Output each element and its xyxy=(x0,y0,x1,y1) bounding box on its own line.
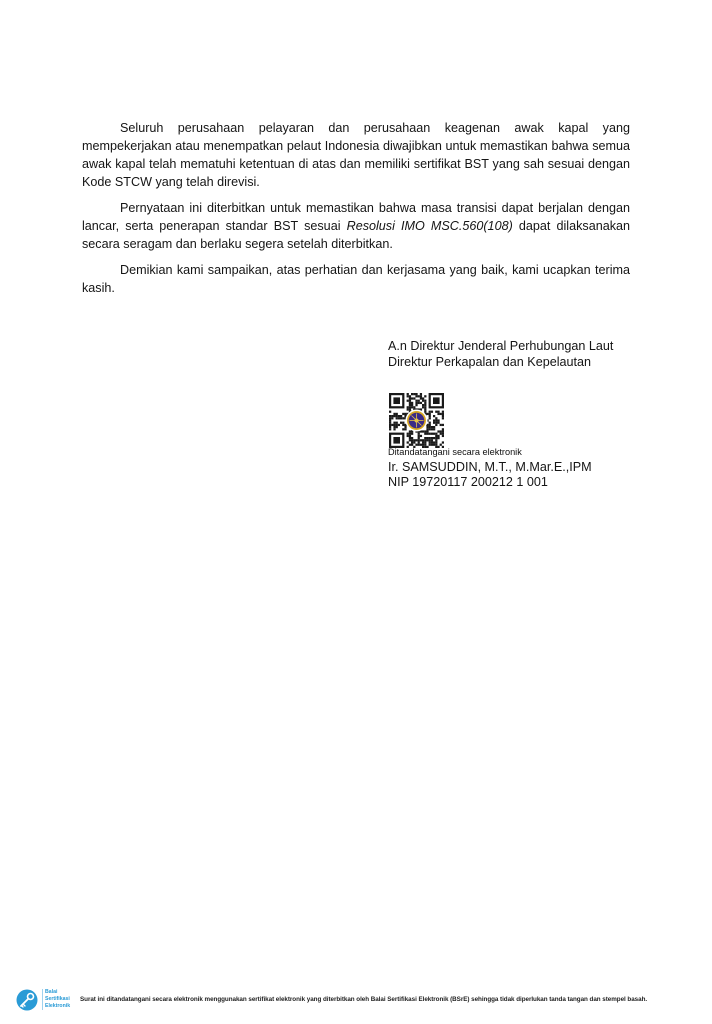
paragraph-statement: Pernyataan ini diterbitkan untuk memasti… xyxy=(82,199,630,253)
text-run: Demikian kami sampaikan, atas perhatian … xyxy=(82,263,630,295)
logo-line-2: Sertifikasi xyxy=(45,996,70,1003)
signatory-title: Direktur Perkapalan dan Kepelautan xyxy=(388,354,648,370)
bsre-logo-text: Balai Sertifikasi Elektronik xyxy=(42,989,70,1010)
bsre-logo-icon xyxy=(16,989,38,1011)
logo-line-1: Balai xyxy=(45,989,70,996)
footer-note: Surat ini ditandatangani secara elektron… xyxy=(80,996,647,1004)
signature-header: A.n Direktur Jenderal Perhubungan Laut D… xyxy=(388,338,648,370)
signatory-nip: NIP 19720117 200212 1 001 xyxy=(388,474,548,490)
logo-line-3: Elektronik xyxy=(45,1003,70,1010)
e-signature-caption: Ditandatangani secara elektronik xyxy=(388,447,522,458)
paragraph-closing: Demikian kami sampaikan, atas perhatian … xyxy=(82,261,630,297)
italic-reference: Resolusi IMO MSC.560(108) xyxy=(347,219,513,233)
footer: Balai Sertifikasi Elektronik Surat ini d… xyxy=(14,988,704,1014)
letter-body: Seluruh perusahaan pelayaran dan perusah… xyxy=(82,119,630,305)
signatory-name: Ir. SAMSUDDIN, M.T., M.Mar.E.,IPM xyxy=(388,459,592,475)
qr-code-icon xyxy=(389,393,444,448)
document-page: Seluruh perusahaan pelayaran dan perusah… xyxy=(0,0,712,1024)
on-behalf-line: A.n Direktur Jenderal Perhubungan Laut xyxy=(388,338,648,354)
text-run: Seluruh perusahaan pelayaran dan perusah… xyxy=(82,121,630,189)
paragraph-obligation: Seluruh perusahaan pelayaran dan perusah… xyxy=(82,119,630,191)
